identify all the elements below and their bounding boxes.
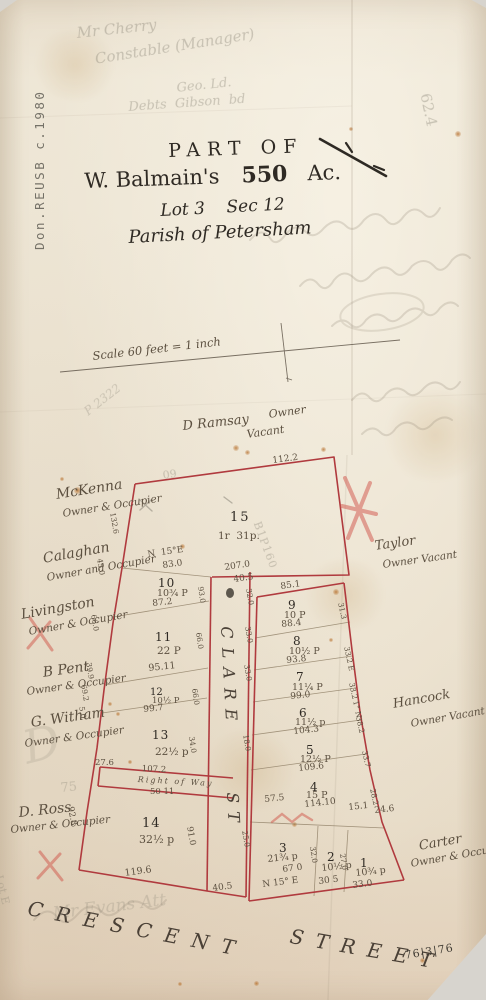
pencil-number: 75 (60, 781, 78, 795)
rust-spot (466, 986, 472, 992)
edge-measure: 18.0 (242, 734, 252, 752)
title-ac-suffix: Ac. (307, 160, 341, 185)
edge-measure: 5.0 (78, 706, 87, 719)
edge-measure: 69.2 (80, 684, 90, 702)
edge-measure: 66.0 (191, 688, 201, 706)
edge-measure: 39.9 (85, 662, 95, 680)
row-length: 107.2 (142, 765, 167, 775)
lot-area: 32½ p (139, 834, 174, 845)
edge-measure: 34.0 (188, 736, 198, 754)
pencil-page-num: 09 (162, 468, 177, 481)
street-label-clare-st: ST (224, 792, 242, 830)
edge-measure: 45.0 (96, 558, 106, 576)
edge-measure: 91.0 (185, 826, 197, 846)
row-west-measure: 27.6 (95, 759, 114, 768)
street-label-clare: CLARE (218, 626, 239, 730)
edge-measure: 92.8 (66, 806, 78, 826)
row-width: 50 11 (150, 788, 174, 797)
title-part-of: PART OF (168, 137, 304, 161)
lot-number: 11 (155, 631, 172, 643)
edge-measure: 66.0 (195, 632, 205, 650)
lot-number: 13 (152, 729, 169, 741)
edge-measure: 33.0 (244, 626, 254, 644)
title-owner: W. Balmain's (84, 164, 220, 193)
edge-measure: 32.0 (245, 588, 255, 606)
lot-number: 14 (142, 817, 161, 830)
edge-measure: 66.0 (90, 614, 100, 632)
edge-measure: 25.0 (241, 830, 251, 848)
edge-measure: 32.0 (309, 846, 319, 864)
edge-measure: 27.0 (339, 853, 349, 871)
survey-map-paper: Don.REUSB c.1980 Mr Cherry Constable (Ma… (0, 0, 486, 1000)
lot-area: 22 P (157, 646, 181, 657)
archive-stamp: Don.REUSB c.1980 (34, 90, 47, 250)
title-acres: 550 (241, 161, 288, 189)
lot-number: 15 (230, 511, 251, 524)
edge-measure: 93.0 (197, 586, 207, 604)
lot-area: 22½ p (155, 747, 189, 758)
edge-measure: 33.0 (243, 664, 253, 682)
ink-blot (226, 588, 234, 598)
